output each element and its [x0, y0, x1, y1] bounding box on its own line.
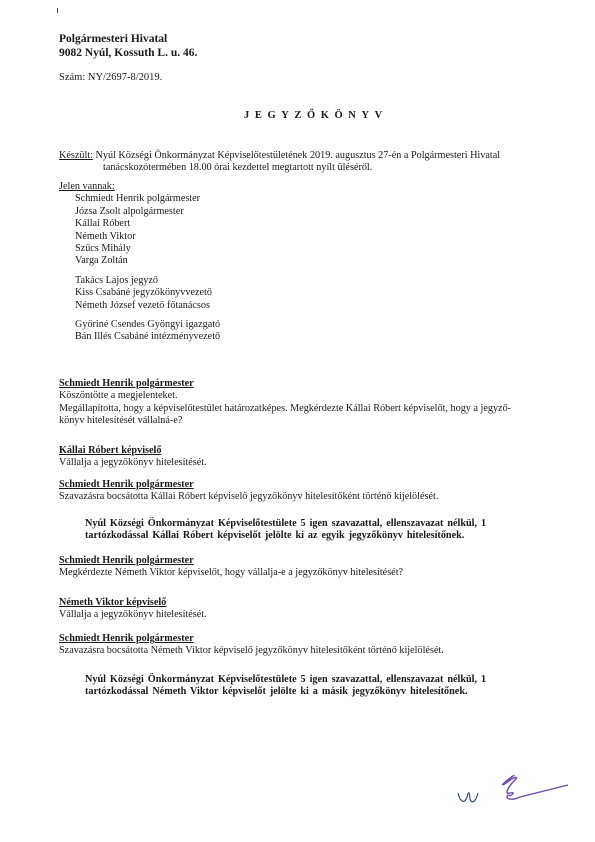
minutes-text: Szavazásra bocsátotta Kállai Róbert képv…: [59, 491, 559, 503]
speaker-heading: Kállai Róbert képviselő: [59, 445, 559, 457]
speaker-heading: Schmiedt Henrik polgármester: [59, 555, 559, 567]
scan-speck: [57, 8, 58, 13]
attendee: Németh Viktor: [75, 231, 220, 243]
resolution-block: Nyúl Községi Önkormányzat Képviselőtestü…: [85, 518, 565, 543]
signature-initials: [440, 765, 590, 815]
official: Németh József vezető főtanácsos: [75, 300, 220, 312]
official: Kiss Csabáné jegyzőkönyvvezető: [75, 287, 220, 299]
attendees-label: Jelen vannak:: [59, 181, 220, 193]
office-name: Polgármesteri Hivatal: [59, 33, 167, 47]
minutes-section: Schmiedt Henrik polgármester Megkérdezte…: [59, 555, 559, 580]
prepared-line-2: tanácskozótermében 18.00 órai kezdettel …: [59, 162, 559, 174]
resolution-text: Nyúl Községi Önkormányzat Képviselőtestü…: [85, 518, 565, 530]
guest: Győriné Csendes Gyöngyi igazgató: [75, 319, 220, 331]
attendee: Kállai Róbert: [75, 218, 220, 230]
resolution-text: Nyúl Községi Önkormányzat Képviselőtestü…: [85, 674, 565, 686]
attendee: Schmiedt Henrik polgármester: [75, 193, 220, 205]
minutes-section: Schmiedt Henrik polgármester Szavazásra …: [59, 633, 559, 658]
prepared-block: Készült: Nyúl Községi Önkormányzat Képvi…: [59, 150, 559, 175]
speaker-heading: Németh Viktor képviselő: [59, 597, 559, 609]
resolution-text: tartózkodással Németh Viktor képviselőt …: [85, 686, 565, 698]
minutes-text: Vállalja a jegyzőkönyv hitelesítését.: [59, 457, 559, 469]
reference-number: Szám: NY/2697-8/2019.: [59, 72, 162, 84]
prepared-label: Készült:: [59, 150, 93, 161]
minutes-section: Kállai Róbert képviselő Vállalja a jegyz…: [59, 445, 559, 470]
minutes-text: Megkérdezte Németh Viktor képviselőt, ho…: [59, 567, 559, 579]
official: Takács Lajos jegyző: [75, 275, 220, 287]
resolution-block: Nyúl Községi Önkormányzat Képviselőtestü…: [85, 674, 565, 699]
office-address: 9082 Nyúl, Kossuth L. u. 46.: [59, 47, 197, 61]
minutes-text: Köszöntötte a megjelenteket.: [59, 390, 559, 402]
speaker-heading: Schmiedt Henrik polgármester: [59, 479, 559, 491]
attendee: Józsa Zsolt alpolgármester: [75, 206, 220, 218]
guest: Bán Illés Csabáné intézményvezető: [75, 331, 220, 343]
attendees-members: Schmiedt Henrik polgármester Józsa Zsolt…: [59, 193, 220, 267]
attendee: Varga Zoltán: [75, 255, 220, 267]
minutes-text: Vállalja a jegyzőkönyv hitelesítését.: [59, 609, 559, 621]
speaker-heading: Schmiedt Henrik polgármester: [59, 633, 559, 645]
minutes-text: Szavazásra bocsátotta Németh Viktor képv…: [59, 645, 559, 657]
document-title: JEGYZŐKÖNYV: [244, 110, 388, 122]
attendees-guests: Győriné Csendes Gyöngyi igazgató Bán Ill…: [59, 319, 220, 344]
attendees-block: Jelen vannak: Schmiedt Henrik polgármest…: [59, 181, 220, 344]
resolution-text: tartózkodással Kállai Róbert képviselőt …: [85, 530, 565, 542]
minutes-section: Schmiedt Henrik polgármester Köszöntötte…: [59, 378, 559, 428]
speaker-heading: Schmiedt Henrik polgármester: [59, 378, 559, 390]
attendees-officials: Takács Lajos jegyző Kiss Csabáné jegyzők…: [59, 275, 220, 312]
minutes-text: Megállapította, hogy a képviselőtestület…: [59, 403, 559, 415]
minutes-section: Schmiedt Henrik polgármester Szavazásra …: [59, 479, 559, 504]
attendee: Szűcs Mihály: [75, 243, 220, 255]
minutes-section: Németh Viktor képviselő Vállalja a jegyz…: [59, 597, 559, 622]
prepared-line-1: Nyúl Községi Önkormányzat Képviselőtestü…: [96, 150, 501, 161]
minutes-text: könyv hitelesítését vállalná-e?: [59, 415, 559, 427]
